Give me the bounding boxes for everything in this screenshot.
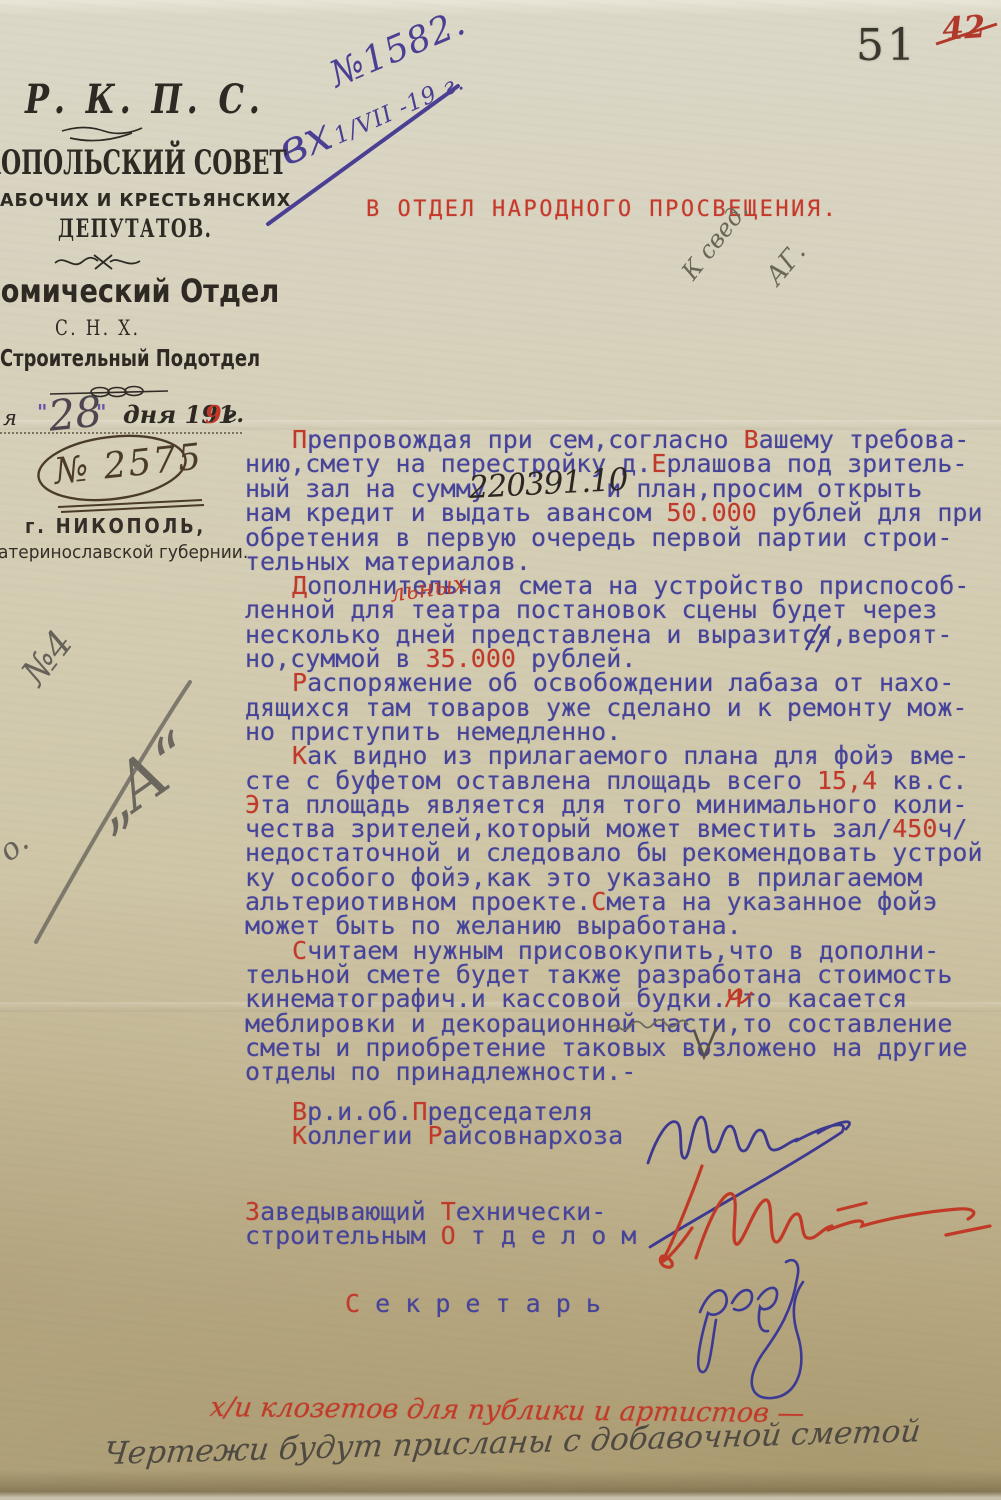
date-quote-open: " [37,400,47,424]
typed-line: Распоряжение об освобождении лабаза от н… [292,671,954,695]
typed-line: Коллегии Райсовнархоза [292,1124,623,1148]
divider-squiggle [55,255,140,269]
letterhead-abbr: Р. К. П. С. [25,76,265,123]
letterhead-council-line2: АБОЧИХ И КРЕСТЬЯНСКИХ [0,190,291,211]
abbr-flourish [62,128,142,141]
pencil-note-initials: АГ. [760,237,812,291]
date-suffix: г. [224,402,244,428]
secretary-signature [698,1260,803,1398]
typed-line: ленной для театра постановок сцены будет… [245,598,937,622]
letterhead-council-line3: ДЕПУТАТОВ. [58,214,212,243]
margin-pencil-letter-o: о. [0,824,36,869]
document-sheet: 51 42 вх №1582. 1/VII -19 г. В ОТДЕЛ НАР… [0,0,1001,1500]
number-double-underline [58,500,204,512]
date-red-digit: 9 [205,400,222,429]
margin-pencil-number: №4 [14,623,81,693]
date-quote-close: " [96,400,106,424]
typed-line: С е к р е т а р ь [345,1292,601,1316]
margin-pencil-letter-a: „А“ [74,718,210,844]
outgoing-number: № 2575 [52,436,205,492]
letterhead-subdepartment: Строительный Подотдел [0,346,260,372]
letterhead-council: КОПОЛЬСКИЙ СОВЕТ [0,143,287,183]
typed-line: отделы по принадлежности.- [245,1060,636,1084]
folio-number-black: 51 [856,20,918,71]
letterhead-department: номический Отдел [0,272,279,310]
folio-number-red-struck: 42 [941,9,987,48]
forwarding-stamp: В ОТДЕЛ НАРОДНОГО ПРОСВЕЩЕНИЯ. [366,197,838,222]
date-month-fragment: я [3,406,17,430]
typed-line: строительным О т д е л о м [245,1224,636,1248]
typed-line: недостаточной и следовало бы рекомендова… [245,841,983,865]
chairman-signature [648,1117,850,1247]
date-line: я " 28 " дня 191 9 г. [0,398,242,434]
typed-line: кинематографич.и кассовой будки.Что каса… [245,987,907,1011]
typed-line: нам кредит и выдать авансом 50.000 рубле… [245,501,983,525]
letterhead-gubernia: атеринославской губернии. [0,543,248,563]
typed-line: Как видно из прилагаемого плана для фойэ… [292,744,969,768]
letterhead-city: г. НИКОПОЛЬ, [25,514,206,538]
typed-line: может быть по желанию выработана. [245,914,742,938]
letterhead-snh: С. Н. Х. [55,316,140,340]
technical-head-signature [660,1166,990,1267]
